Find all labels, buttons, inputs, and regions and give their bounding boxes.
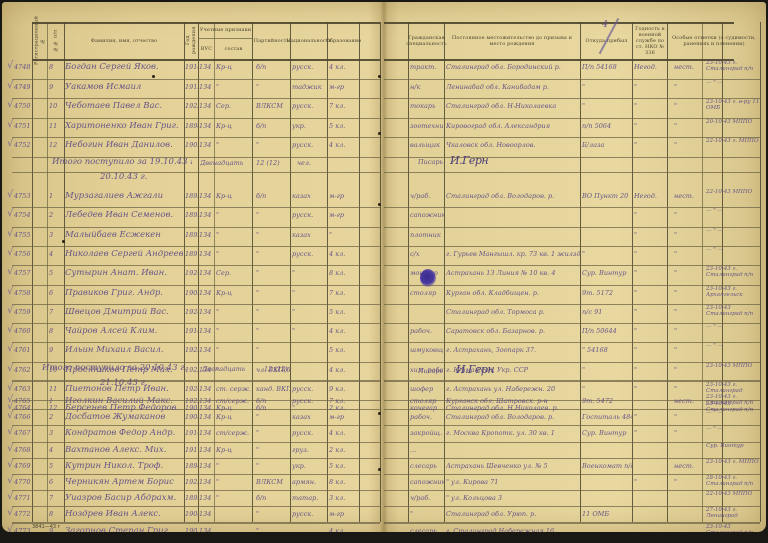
party: " <box>256 412 290 422</box>
row-rule <box>12 246 380 247</box>
civil-specialty: зоотехник <box>410 121 444 131</box>
vus-code: 134 <box>199 509 214 519</box>
special-note: — " — <box>706 410 760 423</box>
check-mark: √ <box>7 491 13 502</box>
party: б/п <box>256 493 290 503</box>
arrived-from: " 54168 <box>582 345 632 355</box>
column-rule <box>632 22 633 522</box>
nationality: русск. <box>292 509 327 519</box>
header-special-notes: Особые отметки (о судимости, ранениях и … <box>668 23 760 58</box>
row-rule <box>12 522 380 523</box>
special-note: 22-10-43 г. МППО <box>706 138 760 151</box>
reg-number: 4759 <box>14 307 32 317</box>
row-rule <box>384 137 760 138</box>
arrived-from: " <box>582 82 632 92</box>
home-address: " ул. Кирова 71 <box>446 477 580 487</box>
party: " <box>256 461 290 471</box>
nationality: русск. <box>292 384 327 394</box>
education: 8 кл. <box>329 477 359 487</box>
party: " <box>256 509 290 519</box>
rank: " <box>216 493 252 503</box>
column-rule <box>667 22 668 522</box>
home-address: Кировоград обл. Александрия <box>446 121 580 131</box>
sequence-number: 11 <box>49 384 63 394</box>
nationality: казах <box>292 412 327 422</box>
sequence-number: 9 <box>49 345 63 355</box>
civil-specialty: ... <box>410 445 444 455</box>
vus-code: 134 <box>199 191 214 201</box>
home-address: г. Гурьев Мангышл. кр. 73 кв. 1 жилзд <box>446 249 580 259</box>
binding-hole <box>152 75 155 78</box>
vus-code: 134 <box>199 230 214 240</box>
special-note: Сур. Винтур <box>706 443 760 456</box>
birth-year: 1903 <box>185 288 198 298</box>
row-rule <box>12 172 380 173</box>
rank: " <box>216 249 252 259</box>
person-name: Швецов Дмитрий Вас. <box>65 307 183 317</box>
party: " <box>256 288 290 298</box>
service-col: " <box>674 412 702 422</box>
row-rule <box>12 207 380 208</box>
party: канд. ВКП(б) <box>256 384 290 394</box>
person-name: Чеботаев Павел Вас. <box>65 101 183 111</box>
education: 9 кл. <box>329 384 359 394</box>
sequence-number: 8 <box>49 62 63 72</box>
birth-year: 1911 <box>185 445 198 455</box>
person-name: Ильин Михаил Васил. <box>65 345 183 355</box>
reg-number: 4756 <box>14 249 32 259</box>
person-name: Иголкин Василий Макс. <box>65 396 183 406</box>
home-address: г. Сталинград Набережная 16 <box>446 526 580 532</box>
arrived-from: П/п 54168 <box>582 62 632 72</box>
service-col: нест. <box>674 62 702 72</box>
row-rule <box>384 362 760 363</box>
row-rule <box>12 458 380 459</box>
subtotal-unit: чел. <box>297 158 327 168</box>
birth-year: 1920 <box>185 384 198 394</box>
fitness: " <box>634 384 667 394</box>
home-address: Ленинабад обл. Канибадам р. <box>446 82 580 92</box>
column-rule <box>327 22 328 522</box>
home-address: Курганск обл. Шатровск. р-н <box>446 396 580 406</box>
arrived-from: п/с 91 <box>582 307 632 317</box>
row-rule <box>12 442 380 443</box>
row-rule <box>12 227 380 228</box>
education: 3 кл. <box>329 493 359 503</box>
check-mark: √ <box>7 189 13 200</box>
birth-year: 1902 <box>185 140 198 150</box>
person-name: Уиазров Басир Абдрахм. <box>65 493 183 503</box>
arrived-from: 9т. 5472 <box>582 396 632 406</box>
education: 7 кл. <box>329 288 359 298</box>
civil-specialty: слесарь <box>410 461 444 471</box>
check-mark: √ <box>7 60 13 71</box>
reg-number: 4765 <box>14 396 32 406</box>
special-note: — " — <box>706 247 760 260</box>
person-name: Чайров Алсей Клим. <box>65 326 183 336</box>
education: 5 кл. <box>329 307 359 317</box>
rank: Кр-ц <box>216 121 252 131</box>
reg-number: 4753 <box>14 191 32 201</box>
column-rule <box>47 22 48 522</box>
fitness: " <box>634 477 667 487</box>
civil-specialty: вальщик <box>410 140 444 150</box>
sequence-number: 10 <box>49 101 63 111</box>
rank: " <box>216 230 252 240</box>
column-rule <box>702 22 703 522</box>
rank: " <box>216 477 252 487</box>
vus-code: 134 <box>199 526 214 532</box>
arrived-from: Сур. Винтур <box>582 268 632 278</box>
row-rule <box>384 172 760 173</box>
ledger-spread: Регистрационный №№№ п/пФамилия, имя, отч… <box>2 2 766 532</box>
nationality: казах <box>292 191 327 201</box>
education: м-гр <box>329 82 359 92</box>
check-mark: √ <box>7 266 13 277</box>
arrived-from: Б/лаза <box>582 140 632 150</box>
service-col: " <box>674 249 702 259</box>
birth-year: 1923 <box>185 396 198 406</box>
row-rule <box>12 425 380 426</box>
birth-year: 1913 <box>185 82 198 92</box>
education: м-гр <box>329 191 359 201</box>
reg-number: 4754 <box>14 210 32 220</box>
party: " <box>256 326 290 336</box>
home-address: Астрахань Шевченко ул. № 5 <box>446 461 580 471</box>
fitness: " <box>634 268 667 278</box>
row-rule <box>384 474 760 475</box>
column-rule <box>359 22 360 522</box>
birth-year: 1918 <box>185 326 198 336</box>
header-party: Партийность <box>253 23 290 58</box>
fitness: " <box>634 288 667 298</box>
reg-number: 4752 <box>14 140 32 150</box>
sequence-number: 5 <box>49 461 63 471</box>
party: б/п <box>256 121 290 131</box>
check-mark: √ <box>7 343 13 354</box>
reg-number: 4770 <box>14 477 32 487</box>
reg-number: 4771 <box>14 493 32 503</box>
fitness: " <box>634 140 667 150</box>
civil-specialty: ч/раб. <box>410 191 444 201</box>
fitness: " <box>634 412 667 422</box>
special-note: 23-10-43 МППО <box>706 363 760 376</box>
signature-label: Писарь <box>418 366 448 376</box>
special-note: — " — <box>706 426 760 439</box>
arrived-from: п/п 5064 <box>582 121 632 131</box>
check-mark: √ <box>7 524 13 532</box>
special-note: — " — <box>706 80 760 93</box>
nationality: русск. <box>292 101 327 111</box>
birth-year: 1898 <box>185 461 198 471</box>
row-rule <box>384 304 760 305</box>
person-name: Черникян Артем Борис <box>65 477 183 487</box>
education: 4 кл. <box>329 526 359 532</box>
special-note: 23-10-43 г. Сталинград п/п <box>706 60 760 73</box>
row-rule <box>384 490 760 491</box>
party: б/п <box>256 191 290 201</box>
party: " <box>256 526 290 532</box>
row-rule <box>12 381 380 382</box>
check-mark: √ <box>7 475 13 486</box>
special-note: 23-10-43 Сталинград п/п <box>706 305 760 318</box>
header-vus: ВУС <box>199 39 214 58</box>
education: м-гр <box>329 210 359 220</box>
birth-year: 1925 <box>185 345 198 355</box>
nationality: русск. <box>292 249 327 259</box>
signature: И.Герн <box>450 154 488 167</box>
person-name: Малыйбаев Есжекен <box>65 230 183 240</box>
header-reg-no: Регистрационный № <box>33 23 46 58</box>
column-rule <box>252 22 253 522</box>
right-page: Гражданская специальностьПостоянное мест… <box>384 2 766 532</box>
arrived-from: " <box>582 249 632 259</box>
check-mark: √ <box>7 286 13 297</box>
check-mark: √ <box>7 382 13 393</box>
special-note: 20-10-43 МППО <box>706 119 760 132</box>
row-rule <box>384 342 760 343</box>
vus-code: 134 <box>199 384 214 394</box>
row-rule <box>384 207 760 208</box>
vus-code: 134 <box>199 101 214 111</box>
row-rule <box>384 381 760 382</box>
row-rule <box>12 380 380 381</box>
education: 8 кл. <box>329 268 359 278</box>
birth-year: 1916 <box>185 428 198 438</box>
civil-specialty: плотник <box>410 230 444 240</box>
sequence-number: 2 <box>49 412 63 422</box>
vus-code: 134 <box>199 461 214 471</box>
row-rule <box>12 137 380 138</box>
party: " <box>256 210 290 220</box>
civil-specialty: рабоч. <box>410 412 444 422</box>
arrived-from: 9т. 5172 <box>582 288 632 298</box>
rank: Кр-ц <box>216 62 252 72</box>
vus-code: 134 <box>199 345 214 355</box>
reg-number: 4760 <box>14 326 32 336</box>
party: б/п <box>256 62 290 72</box>
fitness: " <box>634 365 667 375</box>
sequence-number: 4 <box>49 445 63 455</box>
rank: Кр-ц <box>216 412 252 422</box>
service-col: " <box>674 365 702 375</box>
home-address: г. Астрахань ул. Набережн. 20 <box>446 384 580 394</box>
arrived-from: " <box>582 365 632 375</box>
civil-specialty: с/х <box>410 249 444 259</box>
special-note: 23-10-43 г. Сталинград п/п <box>706 394 760 407</box>
check-mark: √ <box>7 324 13 335</box>
nationality: татар. <box>292 493 327 503</box>
home-address: г. Астрахань, Зоопарк 37. <box>446 345 580 355</box>
check-mark: √ <box>7 228 13 239</box>
nationality: русск. <box>292 428 327 438</box>
person-name: Богдан Сергей Яков. <box>65 62 183 72</box>
sequence-number: 12 <box>49 140 63 150</box>
birth-year: 1893 <box>185 210 198 220</box>
birth-year: 1893 <box>185 191 198 201</box>
row-rule <box>384 380 760 381</box>
nationality: " <box>292 307 327 317</box>
nationality: " <box>292 326 327 336</box>
reg-number: 4749 <box>14 82 32 92</box>
fitness: Негод. <box>634 191 667 201</box>
subtotal-text: Итого поступило за 19.10.43 г. <box>52 157 192 167</box>
row-rule <box>384 79 760 80</box>
check-mark: √ <box>7 363 13 374</box>
fitness: " <box>634 210 667 220</box>
party: ВЛКСМ <box>256 101 290 111</box>
vus-code: 134 <box>199 210 214 220</box>
vus-code: 134 <box>199 445 214 455</box>
column-rule <box>290 22 291 522</box>
subtotal-text: Итого поступило за 20.10.43 г. <box>42 363 202 373</box>
rank: Кр-ц <box>216 445 252 455</box>
row-rule <box>384 285 760 286</box>
fitness: " <box>634 428 667 438</box>
party: б/п <box>256 396 290 406</box>
person-name: Уакамов Исмаил <box>65 82 183 92</box>
education: 7 кл. <box>329 396 359 406</box>
rank: " <box>216 345 252 355</box>
nationality: " <box>292 268 327 278</box>
subtotal-count: 12 (12) <box>256 158 290 168</box>
check-mark: √ <box>7 99 13 110</box>
special-note: 23-10-43 г. Сталинград п/п <box>706 266 760 279</box>
home-address: Саратовск обл. Базарнов. р. <box>446 326 580 336</box>
civil-specialty: сапожник <box>410 210 444 220</box>
person-name: Николаев Сергей Андреев. <box>65 249 183 259</box>
service-col: нест. <box>674 461 702 471</box>
check-mark: √ <box>7 443 13 454</box>
education: 2 кл. <box>329 445 359 455</box>
education: 5 кл. <box>329 121 359 131</box>
civil-specialty: шофер <box>410 384 444 394</box>
header-bottom-rule <box>32 59 380 61</box>
column-rule <box>580 22 581 522</box>
column-rule <box>408 22 409 522</box>
reg-number: 4773 <box>14 526 32 532</box>
party: " <box>256 82 290 92</box>
party: " <box>256 230 290 240</box>
subtotal-words: Двенадцать <box>202 364 256 374</box>
sequence-number: 5 <box>49 268 63 278</box>
rank: ст. серж. <box>216 384 252 394</box>
home-address: " ул. Кольцова 3 <box>446 493 580 503</box>
row-rule <box>12 79 380 80</box>
rank: " <box>216 326 252 336</box>
birth-year: 1908 <box>185 509 198 519</box>
check-mark: √ <box>7 208 13 219</box>
arrived-from: ВО Пункт 20 <box>582 191 632 201</box>
check-mark: √ <box>7 410 13 421</box>
binding-hole <box>62 240 65 243</box>
sequence-number: 6 <box>49 288 63 298</box>
service-col: " <box>674 307 702 317</box>
subtotal-date: 20.10.43 г. <box>100 172 160 182</box>
check-mark: √ <box>7 247 13 258</box>
person-name: Лебедев Иван Семенов. <box>65 210 183 220</box>
sequence-number: 8 <box>49 509 63 519</box>
sequence-number: 3 <box>49 230 63 240</box>
civil-specialty: сапожник <box>410 477 444 487</box>
row-rule <box>384 506 760 507</box>
service-col: " <box>674 82 702 92</box>
home-address: Сталинград обл. Тормоса р. <box>446 307 580 317</box>
row-rule <box>384 246 760 247</box>
rank: ст/серж. <box>216 396 252 406</box>
education: м-гр <box>329 412 359 422</box>
row-rule <box>384 522 760 523</box>
service-col: " <box>674 230 702 240</box>
nationality: казах <box>292 230 327 240</box>
service-col: " <box>674 210 702 220</box>
rank: " <box>216 461 252 471</box>
birth-year: 1899 <box>185 493 198 503</box>
person-name: Кутрин Никол. Троф. <box>65 461 183 471</box>
person-name: Мурзагалиев Ажгали <box>65 191 183 201</box>
home-address: Сталинград обл. Володаров. р. <box>446 412 580 422</box>
header-service-group: Учетные признаки <box>199 23 252 37</box>
rank: Кр-ц <box>216 191 252 201</box>
birth-year: 1898 <box>185 121 198 131</box>
education: 4 кл. <box>329 428 359 438</box>
check-mark: √ <box>7 507 13 518</box>
fitness: " <box>634 82 667 92</box>
service-col: " <box>674 268 702 278</box>
home-address: Сталинград обл. Н-Николаевка <box>446 101 580 111</box>
row-rule <box>12 506 380 507</box>
fitness: " <box>634 326 667 336</box>
service-col: " <box>674 101 702 111</box>
rank: Сер. <box>216 101 252 111</box>
person-name: Вахтанов Алекс. Мих. <box>65 445 183 455</box>
birth-year: 1924 <box>185 307 198 317</box>
civil-specialty: слесарь <box>410 526 444 532</box>
person-name: Кондратов Федор Андр. <box>65 428 183 438</box>
education: " <box>329 230 359 240</box>
header-name: Фамилия, имя, отчество <box>65 23 183 58</box>
sequence-number: 6 <box>49 477 63 487</box>
home-address: Сталинград обл. Володаров. р. <box>446 191 580 201</box>
reg-number: 4766 <box>14 412 32 422</box>
column-rule <box>760 22 761 522</box>
header-bottom-rule <box>384 59 734 61</box>
service-col: " <box>674 121 702 131</box>
special-note: 28-10-43 г. Сталинград п/п <box>706 475 760 488</box>
service-col: нест. <box>674 191 702 201</box>
subtotal-date: 21.10.43 г. <box>100 378 160 388</box>
vus-code: 134 <box>199 307 214 317</box>
education: 5 кл. <box>329 345 359 355</box>
party: " <box>256 428 290 438</box>
vus-code: 134 <box>199 121 214 131</box>
sequence-number: 9 <box>49 82 63 92</box>
birth-year: 1895 <box>185 230 198 240</box>
education: 4 кл. <box>329 62 359 72</box>
education: 7 кл. <box>329 101 359 111</box>
sequence-number: 1 <box>49 396 63 406</box>
special-note: — " — <box>706 324 760 337</box>
sequence-number: 7 <box>49 493 63 503</box>
person-name: Ноздрев Иван Алекс. <box>65 509 183 519</box>
education: 4 кл. <box>329 326 359 336</box>
reg-number: 4751 <box>14 121 32 131</box>
row-rule <box>12 98 380 99</box>
arrived-from: 11 ОМБ <box>582 509 632 519</box>
party: " <box>256 307 290 317</box>
sequence-number: 11 <box>49 121 63 131</box>
nationality: укр. <box>292 461 327 471</box>
